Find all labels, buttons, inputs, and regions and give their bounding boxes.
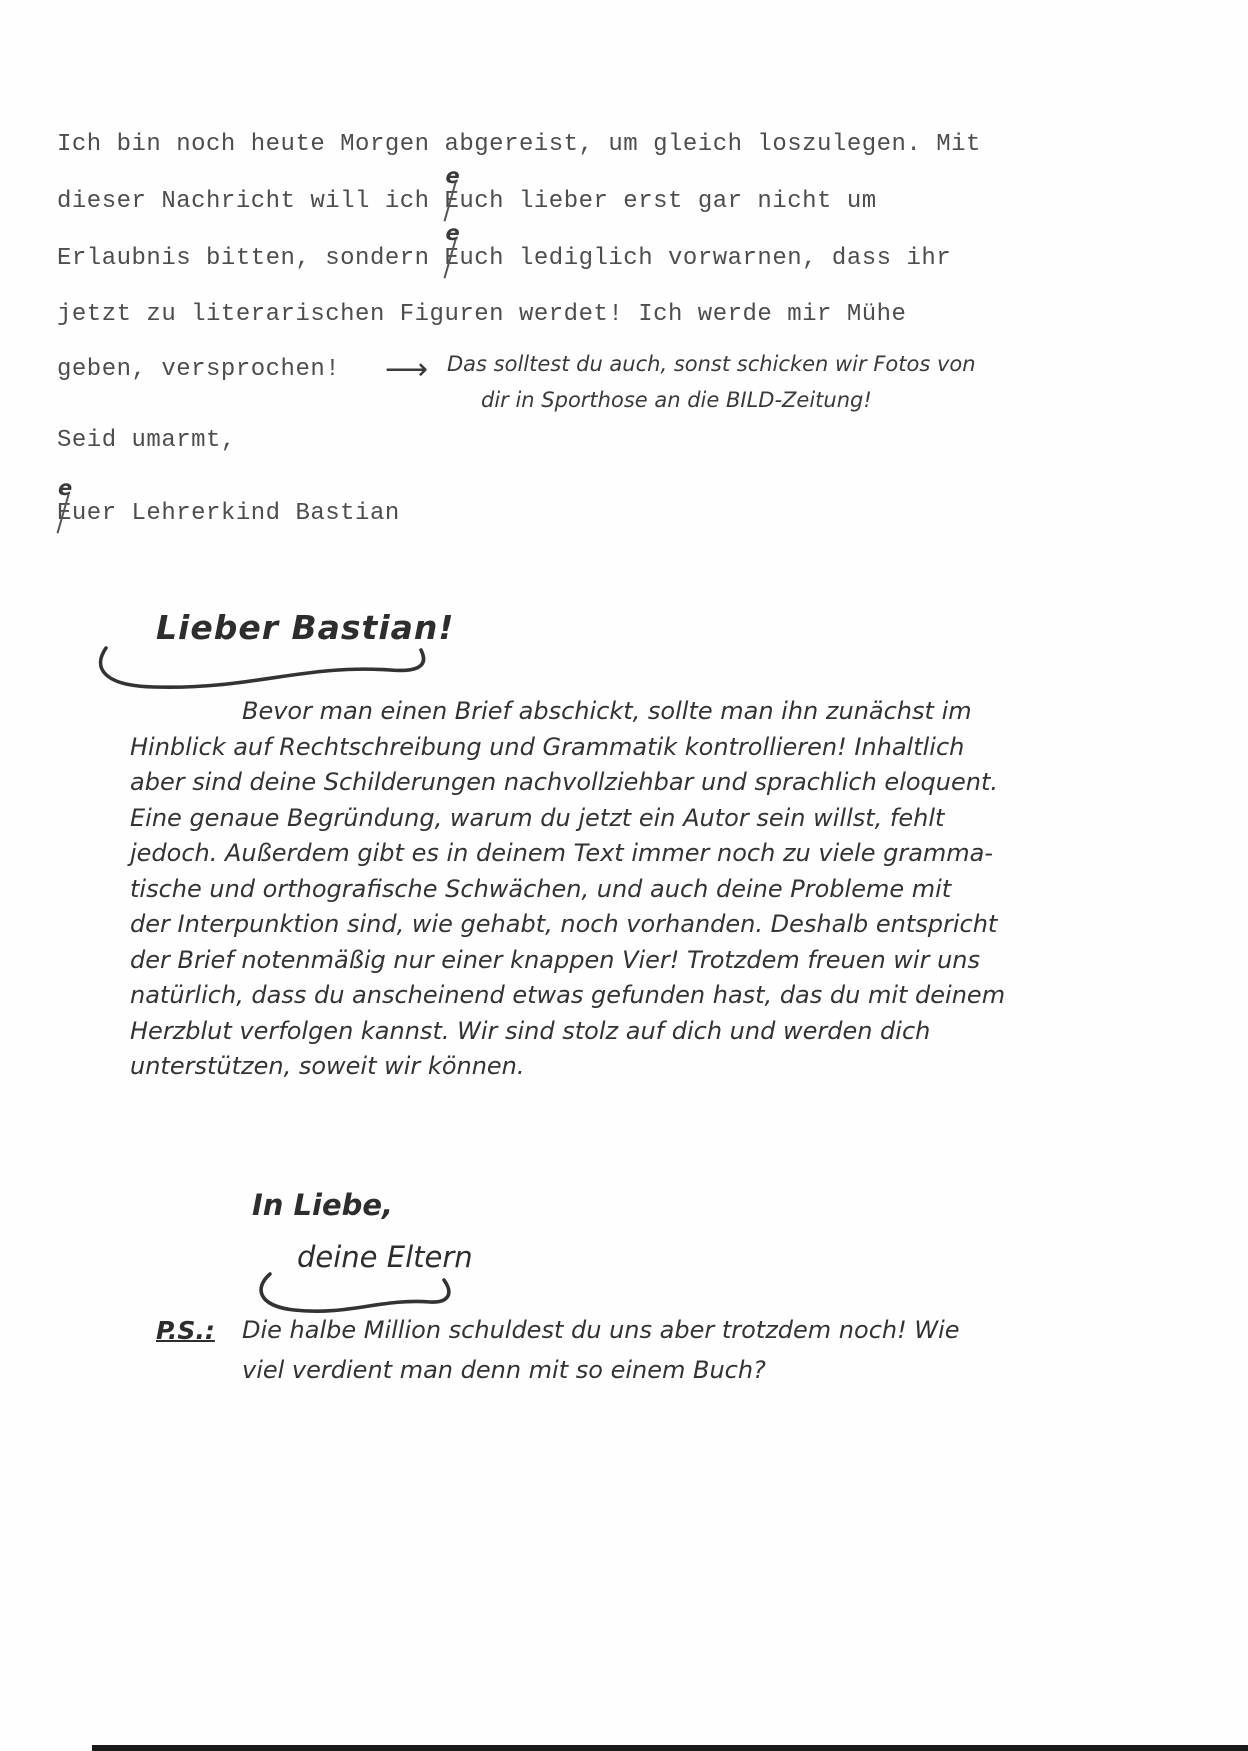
typed-line-4: jetzt zu literarischen Figuren werdet! I… xyxy=(57,301,906,328)
scanned-letter-page: Ich bin noch heute Morgen abgereist, um … xyxy=(0,0,1248,1751)
correction-letter: e xyxy=(58,476,72,500)
reply-signature: deine Eltern xyxy=(297,1240,473,1274)
typed-line-3: Erlaubnis bitten, sondern eEuch lediglic… xyxy=(57,245,951,272)
reply-body-line: Hinblick auf Rechtschreibung und Grammat… xyxy=(130,730,940,766)
typed-line-3-post: uch lediglich vorwarnen, dass ihr xyxy=(459,245,951,272)
typed-signature: eEuer Lehrerkind Bastian xyxy=(57,500,400,527)
struck-letter: E xyxy=(57,500,72,527)
margin-note-line-1: Das solltest du auch, sonst schicken wir… xyxy=(447,352,976,376)
typed-signature-text: uer Lehrerkind Bastian xyxy=(72,500,400,527)
signature-underline-flourish xyxy=(252,1270,462,1320)
reply-body-line: Bevor man einen Brief abschickt, sollte … xyxy=(130,694,940,730)
typed-line-2-pre: dieser Nachricht will ich xyxy=(57,188,444,215)
typed-line-2: dieser Nachricht will ich eEuch lieber e… xyxy=(57,188,877,215)
struck-letter: E xyxy=(444,188,459,215)
reply-body-line: aber sind deine Schilderungen nachvollzi… xyxy=(130,765,940,801)
reply-body-line: der Brief notenmäßig nur einer knappen V… xyxy=(130,943,940,979)
reply-body-line: jedoch. Außerdem gibt es in deinem Text … xyxy=(130,836,940,872)
ps-line-1: Die halbe Million schuldest du uns aber … xyxy=(242,1316,960,1344)
reply-body: Bevor man einen Brief abschickt, sollte … xyxy=(130,694,940,1085)
arrow-icon: ⟶ xyxy=(385,352,428,387)
reply-body-line: unterstützen, soweit wir können. xyxy=(130,1049,940,1085)
handwritten-correction: eE xyxy=(444,188,459,215)
reply-closing: In Liebe, xyxy=(252,1188,393,1222)
typed-line-5: geben, versprochen! xyxy=(57,356,340,383)
handwritten-correction: eE xyxy=(444,245,459,272)
ps-label: P.S.: xyxy=(156,1316,215,1345)
struck-letter: E xyxy=(444,245,459,272)
handwritten-correction: eE xyxy=(57,500,72,527)
scan-edge-artifact xyxy=(92,1745,1248,1751)
reply-body-line: Eine genaue Begründung, warum du jetzt e… xyxy=(130,801,940,837)
correction-letter: e xyxy=(445,164,459,188)
typed-line-3-pre: Erlaubnis bitten, sondern xyxy=(57,245,444,272)
typed-closing: Seid umarmt, xyxy=(57,427,236,454)
margin-note-line-2: dir in Sporthose an die BILD-Zeitung! xyxy=(481,388,872,412)
salutation-underline-flourish xyxy=(90,640,440,700)
reply-body-line: tische und orthografische Schwächen, und… xyxy=(130,872,940,908)
correction-letter: e xyxy=(445,221,459,245)
typed-line-2-post: uch lieber erst gar nicht um xyxy=(459,188,876,215)
typed-line-1: Ich bin noch heute Morgen abgereist, um … xyxy=(57,131,981,158)
reply-body-line: der Interpunktion sind, wie gehabt, noch… xyxy=(130,907,940,943)
reply-body-line: Herzblut verfolgen kannst. Wir sind stol… xyxy=(130,1014,940,1050)
ps-line-2: viel verdient man denn mit so einem Buch… xyxy=(242,1356,766,1384)
reply-body-line: natürlich, dass du anscheinend etwas gef… xyxy=(130,978,940,1014)
